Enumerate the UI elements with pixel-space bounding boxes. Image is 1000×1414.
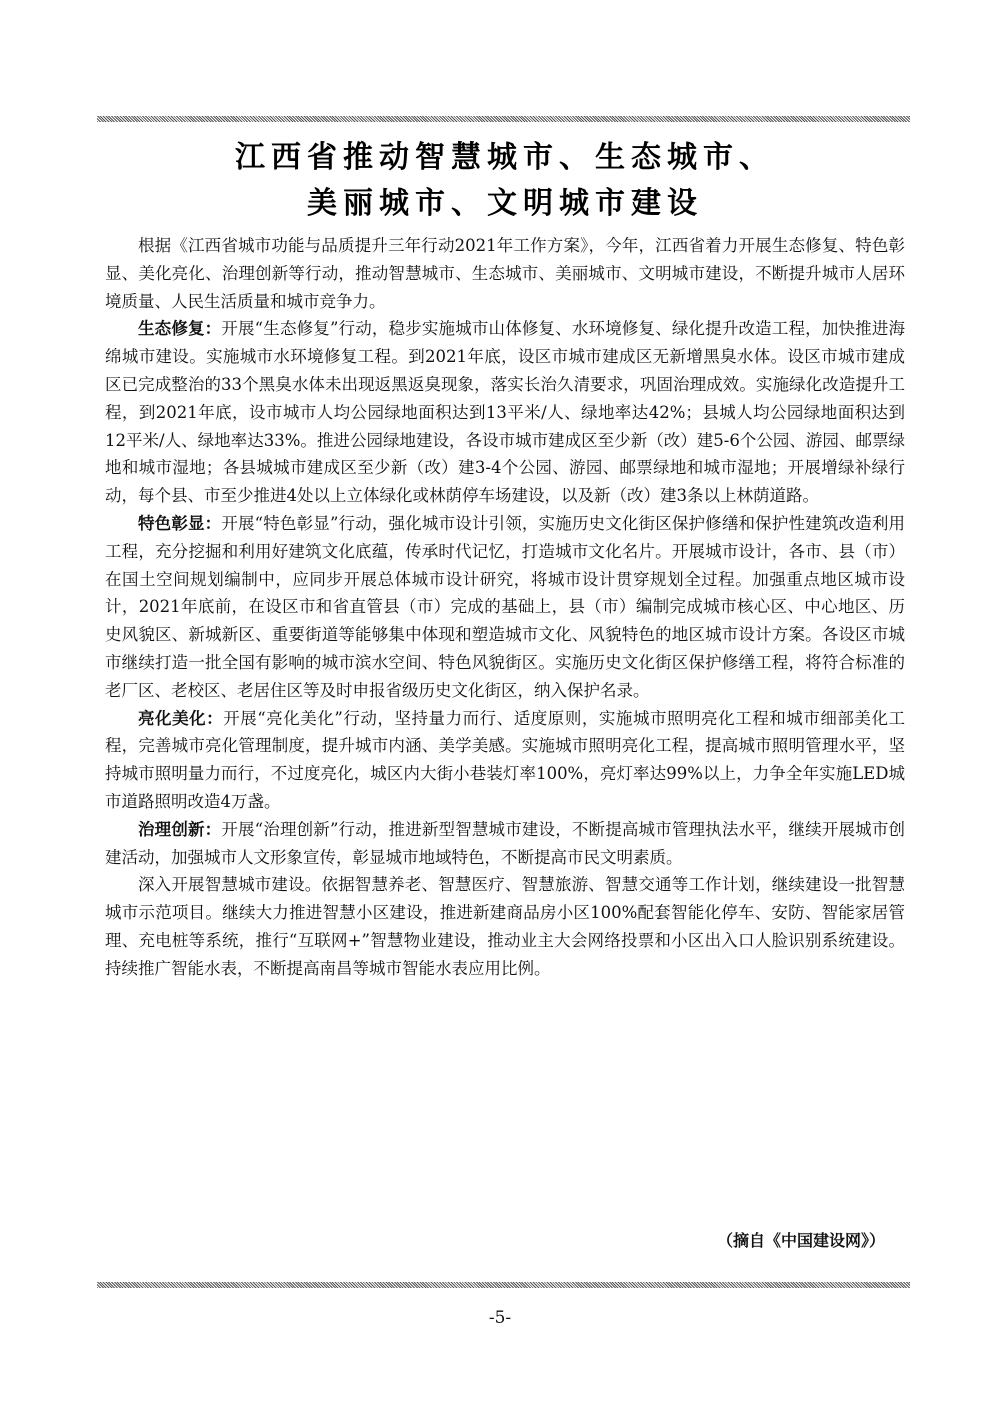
paragraph-text: 根据《江西省城市功能与品质提升三年行动2021年工作方案》，今年，江西省着力开展… bbox=[105, 236, 905, 311]
paragraph-lead: 生态修复： bbox=[138, 319, 221, 338]
paragraph-lead: 特色彰显： bbox=[138, 514, 221, 533]
paragraph-smart-city: 深入开展智慧城市建设。依据智慧养老、智慧医疗、智慧旅游、智慧交通等工作计划，继续… bbox=[105, 871, 905, 982]
source-citation: （摘自《中国建设网》） bbox=[717, 1228, 885, 1251]
top-decorative-rule bbox=[97, 116, 910, 122]
paragraph-text: 开展“亮化美化”行动，坚持量力而行、适度原则，实施城市照明亮化工程和城市细部美化… bbox=[105, 709, 905, 811]
paragraph-text: 开展“治理创新”行动，推进新型智慧城市建设，不断提高城市管理执法水平，继续开展城… bbox=[105, 820, 905, 867]
paragraph-intro: 根据《江西省城市功能与品质提升三年行动2021年工作方案》，今年，江西省着力开展… bbox=[105, 232, 905, 315]
article-body: 根据《江西省城市功能与品质提升三年行动2021年工作方案》，今年，江西省着力开展… bbox=[105, 232, 905, 983]
paragraph-lighting-beautification: 亮化美化：开展“亮化美化”行动，坚持量力而行、适度原则，实施城市照明亮化工程和城… bbox=[105, 705, 905, 816]
paragraph-lead: 治理创新： bbox=[138, 820, 221, 839]
paragraph-text: 开展“特色彰显”行动，强化城市设计引领，实施历史文化街区保护修缮和保护性建筑改造… bbox=[105, 514, 905, 700]
paragraph-text: 深入开展智慧城市建设。依据智慧养老、智慧医疗、智慧旅游、智慧交通等工作计划，继续… bbox=[105, 875, 905, 977]
paragraph-distinctive-features: 特色彰显：开展“特色彰显”行动，强化城市设计引领，实施历史文化街区保护修缮和保护… bbox=[105, 510, 905, 705]
page-number: -5- bbox=[0, 1308, 1000, 1328]
paragraph-text: 开展“生态修复”行动，稳步实施城市山体修复、水环境修复、绿化提升改造工程，加快推… bbox=[105, 319, 905, 505]
bottom-decorative-rule bbox=[97, 1282, 910, 1288]
article-title-line-2: 美丽城市、文明城市建设 bbox=[100, 178, 910, 222]
paragraph-lead: 亮化美化： bbox=[138, 709, 223, 728]
paragraph-ecological-restoration: 生态修复：开展“生态修复”行动，稳步实施城市山体修复、水环境修复、绿化提升改造工… bbox=[105, 315, 905, 510]
article-title-line-1: 江西省推动智慧城市、生态城市、 bbox=[100, 132, 910, 176]
paragraph-governance-innovation: 治理创新：开展“治理创新”行动，推进新型智慧城市建设，不断提高城市管理执法水平，… bbox=[105, 816, 905, 872]
